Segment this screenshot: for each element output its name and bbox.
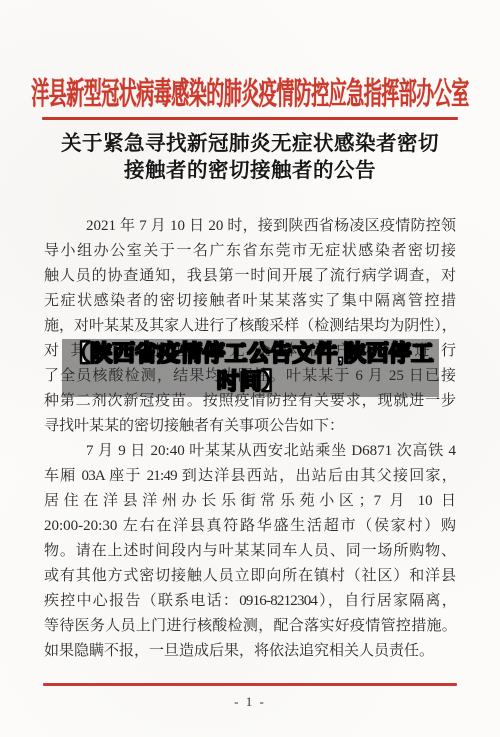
document-title-line1: 关于紧急寻找新冠肺炎无症状感染者密切	[44, 131, 456, 158]
body-line: 疾控中心报告（联系电话：0916-8212304），自行居家隔离，	[44, 589, 456, 614]
masthead-divider-rule	[42, 117, 458, 120]
body-line: 如果隐瞒不报，一旦造成后果，将依法追究相关人员责任。	[44, 639, 456, 664]
document-title-line2: 接触者的密切接触者的公告	[44, 158, 456, 185]
page-number: - 1 -	[0, 694, 500, 710]
announcement-body: 2021 年 7 月 10 日 20 时，接到陕西省杨凌区疫情防控领导小组办公室…	[44, 214, 456, 664]
body-line: 或有其他方式密切接触人员立即向所在镇村（社区）和洋县	[44, 564, 456, 589]
footer-divider-rule	[43, 683, 457, 686]
body-line: 车厢 03A 座于 21:49 到达洋县西站，出站后由其父接回家，	[44, 464, 456, 489]
watermark-caption-line1: 【陕西省疫情停工公告文件,陕西停工	[67, 340, 433, 368]
body-line: 触人员的协查通知，我县第一时间开展了流行病学调查，对	[44, 264, 456, 289]
masthead-banner: 洋县新型冠状病毒感染的肺炎疫情防控应急指挥部办公室	[0, 74, 500, 110]
body-line: 居住在洋县洋州办长乐街常乐苑小区；7 月 10 日	[44, 489, 456, 514]
body-line: 20:00-20:30 左右在洋县真符路华盛生活超市（侯家村）购	[44, 514, 456, 539]
document-title: 关于紧急寻找新冠肺炎无症状感染者密切 接触者的密切接触者的公告	[44, 131, 456, 185]
watermark-caption-line2: 时间】	[217, 368, 285, 396]
issuing-office-name: 洋县新型冠状病毒感染的肺炎疫情防控应急指挥部办公室	[31, 70, 469, 115]
scanned-document-page: 洋县新型冠状病毒感染的肺炎疫情防控应急指挥部办公室 关于紧急寻找新冠肺炎无症状感…	[0, 0, 500, 737]
body-line: 2021 年 7 月 10 日 20 时，接到陕西省杨凌区疫情防控领	[44, 214, 456, 239]
body-line: 7 月 9 日 20:40 叶某某从西安北站乘坐 D6871 次高铁 4	[44, 439, 456, 464]
body-line: 寻找叶某某的密切接触者有关事项公告如下：	[44, 414, 456, 439]
watermark-overlay: 【陕西省疫情停工公告文件,陕西停工 时间】	[62, 339, 439, 397]
body-line: 施，对叶某某及其家人进行了核酸采样（检测结果均为阴性），	[44, 314, 456, 339]
body-line: 无症状感染者的密切接触者叶某某落实了集中隔离管控措	[44, 289, 456, 314]
body-line: 导小组办公室关于一名广东省东莞市无症状感染者密切接	[44, 239, 456, 264]
body-line: 等待医务人员上门进行核酸检测，配合落实好疫情管控措施。	[44, 614, 456, 639]
body-line: 物。请在上述时间段内与叶某某同车人员、同一场所购物、	[44, 539, 456, 564]
